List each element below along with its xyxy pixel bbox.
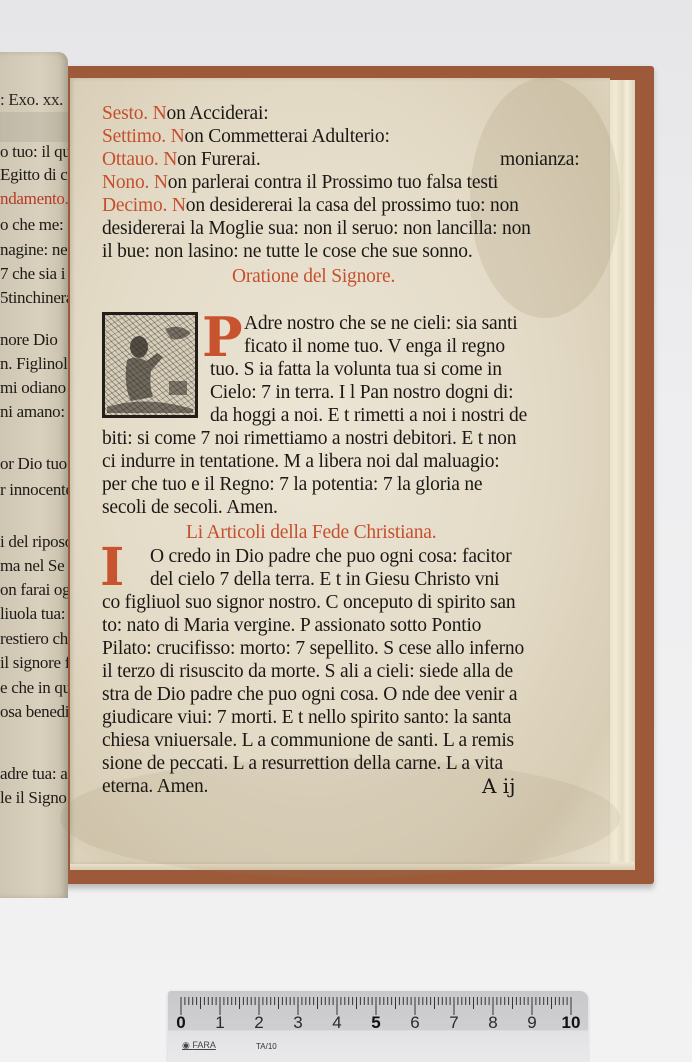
left-page-line: or Dio tuo <box>0 454 67 474</box>
left-page-line: ma nel Se <box>0 556 64 576</box>
commandment-line: Sesto. Non Acciderai: <box>102 102 268 126</box>
ruler-number: 5 <box>371 1013 380 1033</box>
drop-initial-p: P <box>202 310 243 364</box>
left-page-line: restiero che <box>0 629 68 649</box>
prayer-line: secoli de secoli. Amen. <box>102 496 278 520</box>
left-page-line: osa benedi <box>0 702 68 722</box>
signature-mark: A ij <box>482 774 515 798</box>
left-page-line: r innocente <box>0 480 68 500</box>
prayer-line: per che tuo e il Regno: 7 la potentia: 7… <box>102 473 482 497</box>
left-page-line: il signore fe <box>0 653 68 673</box>
text-line: desidererai la Moglie sua: non il seruo:… <box>102 217 531 241</box>
page-smudge <box>0 112 68 142</box>
text-line: il bue: non lasino: ne tutte le cose che… <box>102 240 473 264</box>
measuring-ruler: 0 1 2 3 4 5 6 7 8 9 10 ◉ FARA TA/10 <box>168 991 588 1062</box>
left-page-line: 7 che sia i <box>0 264 65 284</box>
ruler-model: TA/10 <box>256 1042 277 1051</box>
ruler-number: 10 <box>562 1013 581 1033</box>
creed-line: co figliuol suo signor nostro. C onceput… <box>102 591 515 615</box>
commandment-line: Settimo. Non Commetterai Adulterio: <box>102 125 390 149</box>
prayer-line: da hoggi a noi. E t rimetti a noi i nost… <box>210 404 527 428</box>
creed-line: O credo in Dio padre che puo ogni cosa: … <box>150 545 512 569</box>
prayer-line: Adre nostro che se ne cieli: sia santi <box>244 312 517 336</box>
left-page-line: liuola tua: il <box>0 604 68 624</box>
creed-line: chiesa vniuersale. L a communione de san… <box>102 729 514 753</box>
left-page-line: Egitto di cal <box>0 165 68 185</box>
left-page-line: n. Figlinol <box>0 354 68 374</box>
left-page-line: on farai ogni <box>0 580 68 600</box>
creed-line: sione de peccati. L a resurrettion della… <box>102 752 503 776</box>
creed-line: giudicare viui: 7 morti. E t nello spiri… <box>102 706 511 730</box>
drop-initial-i: I <box>100 542 124 594</box>
ruler-number: 7 <box>449 1013 458 1033</box>
left-page-line: le il Signo <box>0 788 67 808</box>
prayer-line: ci indurre in tentatione. M a libera noi… <box>102 450 500 474</box>
ruler-number: 0 <box>176 1013 185 1033</box>
left-page-line: 5tinchinera <box>0 288 68 308</box>
prayer-line: biti: si come 7 noi rimettiamo a nostri … <box>102 427 516 451</box>
left-facing-page: : Exo. xx. o tuo: il qual Egitto di cal … <box>0 52 68 898</box>
creed-line: Pilato: crucifisso: morto: 7 sepellito. … <box>102 637 524 661</box>
ruler-number: 6 <box>410 1013 419 1033</box>
creed-heading: Li Articoli della Fede Christiana. <box>186 521 436 545</box>
ruler-number: 4 <box>332 1013 341 1033</box>
left-page-line: nagine: ne d <box>0 240 68 260</box>
prayer-line: ficato il nome tuo. V enga il regno <box>244 335 505 359</box>
ruler-number: 3 <box>293 1013 302 1033</box>
prayer-line: Cielo: 7 in terra. I l Pan nostro dogni … <box>210 381 513 405</box>
left-page-line: nore Dio <box>0 330 58 350</box>
left-page-line: i del riposo: <box>0 532 68 552</box>
left-page-line: : Exo. xx. <box>0 90 63 110</box>
left-page-line: o tuo: il qual <box>0 142 68 162</box>
left-page-line: o che me: <box>0 215 63 235</box>
woodcut-figure-icon <box>105 315 195 415</box>
creed-line: stra de Dio padre che puo ogni cosa. O n… <box>102 683 517 707</box>
ruler-number: 9 <box>527 1013 536 1033</box>
creed-line: il terzo di risuscito da morte. S ali a … <box>102 660 513 684</box>
commandment-line: Nono. Non parlerai contra il Prossimo tu… <box>102 171 498 195</box>
commandment-line: Decimo. Non desidererai la casa del pros… <box>102 194 519 218</box>
prayer-heading: Oratione del Signore. <box>232 265 395 289</box>
left-page-line: mi odiano <box>0 378 66 398</box>
creed-line: eterna. Amen. <box>102 775 208 799</box>
left-page-line: e che in quel <box>0 678 68 698</box>
ruler-number: 8 <box>488 1013 497 1033</box>
commandment-line: Ottauo. Non Furerai. monianza: <box>102 148 590 172</box>
ruler-number: 1 <box>215 1013 224 1033</box>
creed-line: del cielo 7 della terra. E t in Giesu Ch… <box>150 568 499 592</box>
prayer-line: tuo. S ia fatta la volunta tua si come i… <box>210 358 502 382</box>
left-page-line: adre tua: ac <box>0 764 68 784</box>
praying-figure-woodcut <box>102 312 198 418</box>
creed-line: to: nato di Maria vergine. P assionato s… <box>102 614 481 638</box>
ruler-brand-logo: ◉ FARA <box>182 1040 216 1051</box>
left-page-line: ndamento. <box>0 189 68 209</box>
ruler-number: 2 <box>254 1013 263 1033</box>
left-page-line: ni amano: <box>0 402 65 422</box>
main-page: Sesto. Non Acciderai: Settimo. Non Comme… <box>70 78 610 864</box>
